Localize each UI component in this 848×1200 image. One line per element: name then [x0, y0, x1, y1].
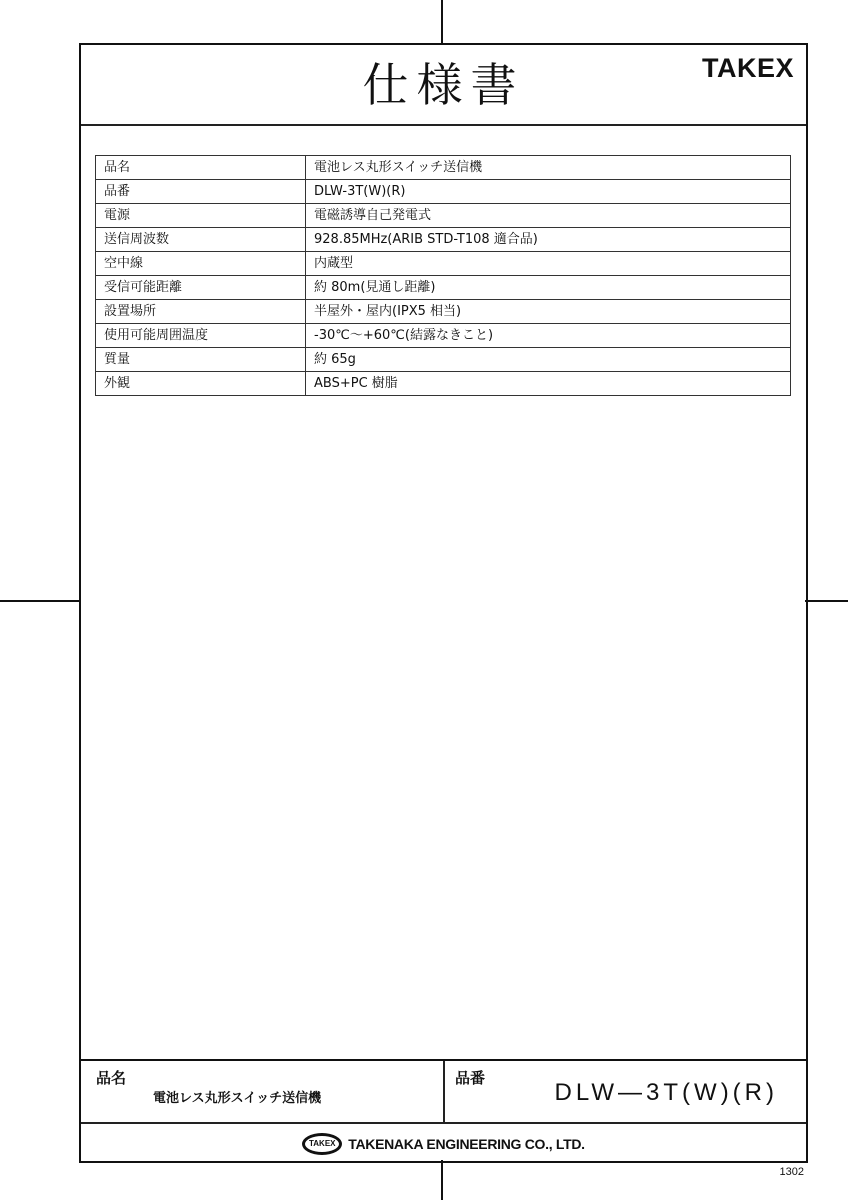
table-row: 質量約 65g: [96, 348, 791, 372]
spec-value: 電池レス丸形スイッチ送信機: [306, 156, 791, 180]
spec-value: 電磁誘導自己発電式: [306, 204, 791, 228]
spec-value: DLW-3T(W)(R): [306, 180, 791, 204]
table-row: 品名電池レス丸形スイッチ送信機: [96, 156, 791, 180]
spec-value: ABS+PC 樹脂: [306, 372, 791, 396]
spec-value: -30℃～+60℃(結露なきこと): [306, 324, 791, 348]
spec-label: 受信可能距離: [96, 276, 306, 300]
spec-label: 品番: [96, 180, 306, 204]
table-row: 品番DLW-3T(W)(R): [96, 180, 791, 204]
title-block-row: 品名 電池レス丸形スイッチ送信機 品番 DLW—3T(W)(R): [81, 1061, 806, 1124]
product-name-label: 品名: [96, 1067, 126, 1088]
takex-logo-icon: TAKEX: [302, 1133, 342, 1155]
brand-logo: TAKEX: [702, 53, 794, 84]
table-row: 送信周波数928.85MHz(ARIB STD-T108 適合品): [96, 228, 791, 252]
spec-label: 電源: [96, 204, 306, 228]
product-code-value: DLW—3T(W)(R): [554, 1079, 778, 1107]
table-row: 使用可能周囲温度-30℃～+60℃(結露なきこと): [96, 324, 791, 348]
spec-label: 送信周波数: [96, 228, 306, 252]
document-title: 仕様書: [81, 57, 806, 113]
spec-value: 約 80m(見通し距離): [306, 276, 791, 300]
product-name-value: 電池レス丸形スイッチ送信機: [153, 1087, 321, 1106]
table-row: 外観ABS+PC 樹脂: [96, 372, 791, 396]
document-number: 1302: [780, 1166, 804, 1178]
product-name-cell: 品名 電池レス丸形スイッチ送信機: [81, 1061, 445, 1122]
document-frame: 仕様書 TAKEX 品名電池レス丸形スイッチ送信機 品番DLW-3T(W)(R)…: [79, 43, 808, 1163]
crop-mark-bottom: [441, 1160, 443, 1200]
table-row: 空中線内蔵型: [96, 252, 791, 276]
spec-label: 使用可能周囲温度: [96, 324, 306, 348]
title-block: 品名 電池レス丸形スイッチ送信機 品番 DLW—3T(W)(R) TAKEX T…: [81, 1059, 806, 1163]
table-row: 受信可能距離約 80m(見通し距離): [96, 276, 791, 300]
spec-label: 空中線: [96, 252, 306, 276]
product-code-label: 品番: [455, 1067, 485, 1088]
table-row: 設置場所半屋外・屋内(IPX5 相当): [96, 300, 791, 324]
spec-value: 半屋外・屋内(IPX5 相当): [306, 300, 791, 324]
spec-value: 928.85MHz(ARIB STD-T108 適合品): [306, 228, 791, 252]
spec-label: 品名: [96, 156, 306, 180]
crop-mark-right: [805, 600, 848, 602]
company-row: TAKEX TAKENAKA ENGINEERING CO., LTD.: [81, 1124, 806, 1163]
crop-mark-left: [0, 600, 80, 602]
document-header: 仕様書 TAKEX: [81, 45, 806, 126]
spec-value: 内蔵型: [306, 252, 791, 276]
spec-table: 品名電池レス丸形スイッチ送信機 品番DLW-3T(W)(R) 電源電磁誘導自己発…: [95, 155, 791, 396]
company-name: TAKENAKA ENGINEERING CO., LTD.: [348, 1136, 585, 1152]
table-row: 電源電磁誘導自己発電式: [96, 204, 791, 228]
crop-mark-top: [441, 0, 443, 44]
spec-label: 外観: [96, 372, 306, 396]
spec-value: 約 65g: [306, 348, 791, 372]
spec-label: 設置場所: [96, 300, 306, 324]
product-code-cell: 品番 DLW—3T(W)(R): [445, 1061, 806, 1122]
spec-label: 質量: [96, 348, 306, 372]
